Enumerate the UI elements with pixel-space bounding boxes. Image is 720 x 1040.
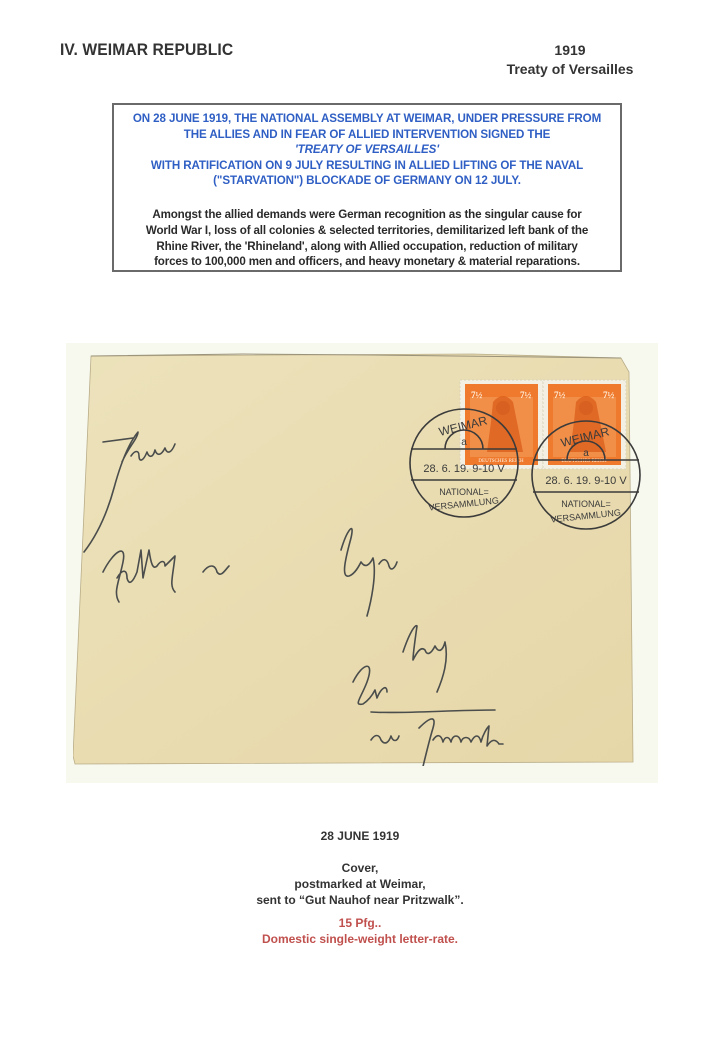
year-label: 1919 bbox=[470, 41, 670, 60]
description-line: postmarked at Weimar, bbox=[180, 876, 540, 892]
topic-label: Treaty of Versailles bbox=[470, 60, 670, 79]
body-line: forces to 100,000 men and officers, and … bbox=[118, 254, 616, 270]
description-line: Cover, bbox=[180, 860, 540, 876]
body-line: Rhine River, the 'Rhineland', along with… bbox=[118, 239, 616, 255]
headline-line: ON 28 JUNE 1919, THE NATIONAL ASSEMBLY A… bbox=[118, 111, 616, 127]
svg-text:7½: 7½ bbox=[520, 390, 532, 400]
postage-rate: 15 Pfg.. Domestic single-weight letter-r… bbox=[180, 915, 540, 947]
page-heading: 1919 Treaty of Versailles bbox=[470, 41, 670, 79]
rate-description: Domestic single-weight letter-rate. bbox=[180, 931, 540, 947]
svg-text:NATIONAL=: NATIONAL= bbox=[439, 487, 489, 497]
headline-line: 'TREATY OF VERSAILLES' bbox=[118, 142, 616, 158]
rate-amount: 15 Pfg.. bbox=[180, 915, 540, 931]
svg-text:a: a bbox=[461, 437, 467, 448]
cover-date: 28 JUNE 1919 bbox=[180, 829, 540, 843]
body-line: Amongst the allied demands were German r… bbox=[118, 207, 616, 223]
svg-text:7½: 7½ bbox=[554, 390, 566, 400]
cover-description: Cover, postmarked at Weimar, sent to “Gu… bbox=[180, 860, 540, 908]
svg-text:a: a bbox=[583, 448, 589, 459]
section-title: IV. WEIMAR REPUBLIC bbox=[60, 40, 233, 60]
postal-cover: 7½ 7½ DEUTSCHES REICH 7½ 7½ DEUTSCHES RE… bbox=[73, 352, 643, 766]
description-line: sent to “Gut Nauhof near Pritzwalk”. bbox=[180, 892, 540, 908]
svg-text:28. 6. 19. 9-10 V: 28. 6. 19. 9-10 V bbox=[545, 475, 627, 487]
svg-text:7½: 7½ bbox=[603, 390, 615, 400]
intro-body: Amongst the allied demands were German r… bbox=[118, 207, 616, 270]
svg-text:28. 6. 19. 9-10 V: 28. 6. 19. 9-10 V bbox=[423, 463, 505, 475]
intro-headline: ON 28 JUNE 1919, THE NATIONAL ASSEMBLY A… bbox=[118, 111, 616, 189]
headline-line: THE ALLIES AND IN FEAR OF ALLIED INTERVE… bbox=[118, 127, 616, 143]
svg-text:7½: 7½ bbox=[471, 390, 483, 400]
svg-text:NATIONAL=: NATIONAL= bbox=[561, 499, 611, 509]
intro-box: ON 28 JUNE 1919, THE NATIONAL ASSEMBLY A… bbox=[112, 103, 622, 272]
headline-line: ("STARVATION") BLOCKADE OF GERMANY ON 12… bbox=[118, 173, 616, 189]
headline-line: WITH RATIFICATION ON 9 JULY RESULTING IN… bbox=[118, 158, 616, 174]
body-line: World War I, loss of all colonies & sele… bbox=[118, 223, 616, 239]
